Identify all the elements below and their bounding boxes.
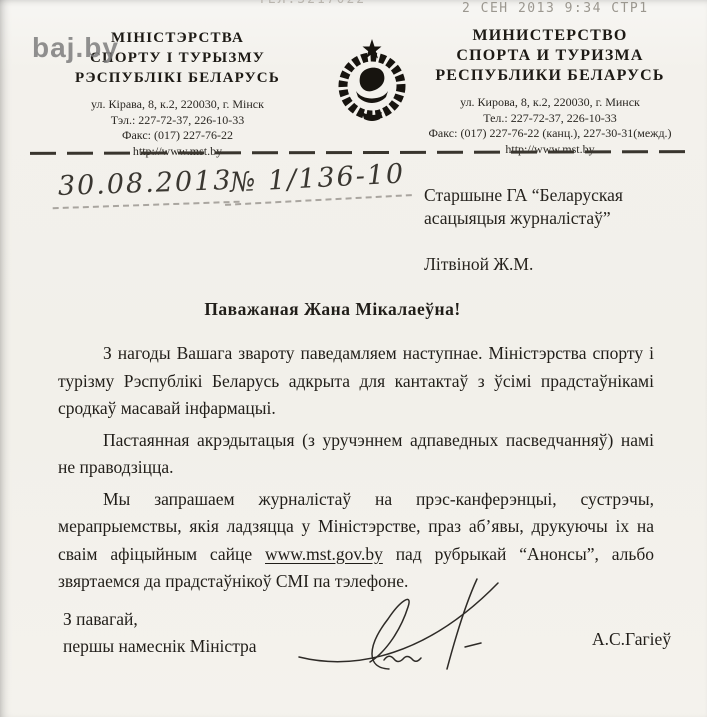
fax-header-timestamp: 2 СЕН 2013 9:34 СТР1 <box>462 1 649 16</box>
watermark-bajby: baj.by <box>32 32 119 64</box>
ministry-address-ru: ул. Кирова, 8, к.2, 220030, г. Минск Тел… <box>400 95 700 157</box>
title-line: РЕСПУБЛИКИ БЕЛАРУСЬ <box>400 66 700 86</box>
body-paragraph-2: Пастаянная акрэдытацыя (з уручэннем адпа… <box>58 427 654 482</box>
addressee-name: Літвіной Ж.М. <box>424 253 694 276</box>
signer-name: А.С.Гагіеў <box>592 629 671 650</box>
address-line: Тэл.: 227-72-37, 226-10-33 <box>35 113 320 129</box>
salutation: Паважаная Жана Мікалаеўна! <box>0 299 665 320</box>
address-line: Факс: (017) 227-76-22 (канц.), 227-30-31… <box>400 126 700 142</box>
reference-date-handwritten: 30.08.2013 <box>51 165 239 209</box>
addressee-line: асацыяцыя журналістаў” <box>424 207 694 230</box>
ministry-address-by: ул. Кірава, 8, к.2, 220030, г. Мінск Тэл… <box>35 97 320 159</box>
fax-header-phone: ТЕЛ:3217022 <box>258 0 366 7</box>
ministry-title-ru: МИНИСТЕРСТВО СПОРТА И ТУРИЗМА РЕСПУБЛИКИ… <box>400 26 700 86</box>
address-line: ул. Кирова, 8, к.2, 220030, г. Минск <box>400 95 700 111</box>
letter-body: З нагоды Вашага звароту паведамляем наст… <box>58 340 654 600</box>
scanned-letter-page: ТЕЛ:3217022 2 СЕН 2013 9:34 СТР1 baj.by … <box>0 0 707 717</box>
address-line: Факс: (017) 227-76-22 <box>35 128 320 144</box>
signature-handwritten <box>296 577 504 678</box>
title-line: МИНИСТЕРСТВО <box>400 26 700 46</box>
body-paragraph-1: З нагоды Вашага звароту паведамляем наст… <box>58 340 654 423</box>
title-line: РЭСПУБЛІКІ БЕЛАРУСЬ <box>35 68 320 88</box>
letterhead-russian: МИНИСТЕРСТВО СПОРТА И ТУРИЗМА РЕСПУБЛИКИ… <box>400 26 700 157</box>
site-link: www.mst.gov.by <box>265 544 383 564</box>
closing-position: першы намеснік Міністра <box>63 633 257 660</box>
address-line: Тел.: 227-72-37, 226-10-33 <box>400 111 700 127</box>
handwritten-number: № 1/136-10 <box>223 158 412 206</box>
closing-regards: З павагай, <box>63 606 257 633</box>
reference-number-handwritten: № 1/136-10 <box>223 158 412 206</box>
title-line: СПОРТА И ТУРИЗМА <box>400 46 700 66</box>
handwritten-date: 30.08.2013 <box>51 165 239 209</box>
addressee-block: Старшыне ГА “Беларуская асацыяцыя журнал… <box>424 184 694 276</box>
address-line: ул. Кірава, 8, к.2, 220030, г. Мінск <box>35 97 320 113</box>
closing-block: З павагай, першы намеснік Міністра <box>63 606 257 660</box>
addressee-line: Старшыне ГА “Беларуская <box>424 184 694 207</box>
